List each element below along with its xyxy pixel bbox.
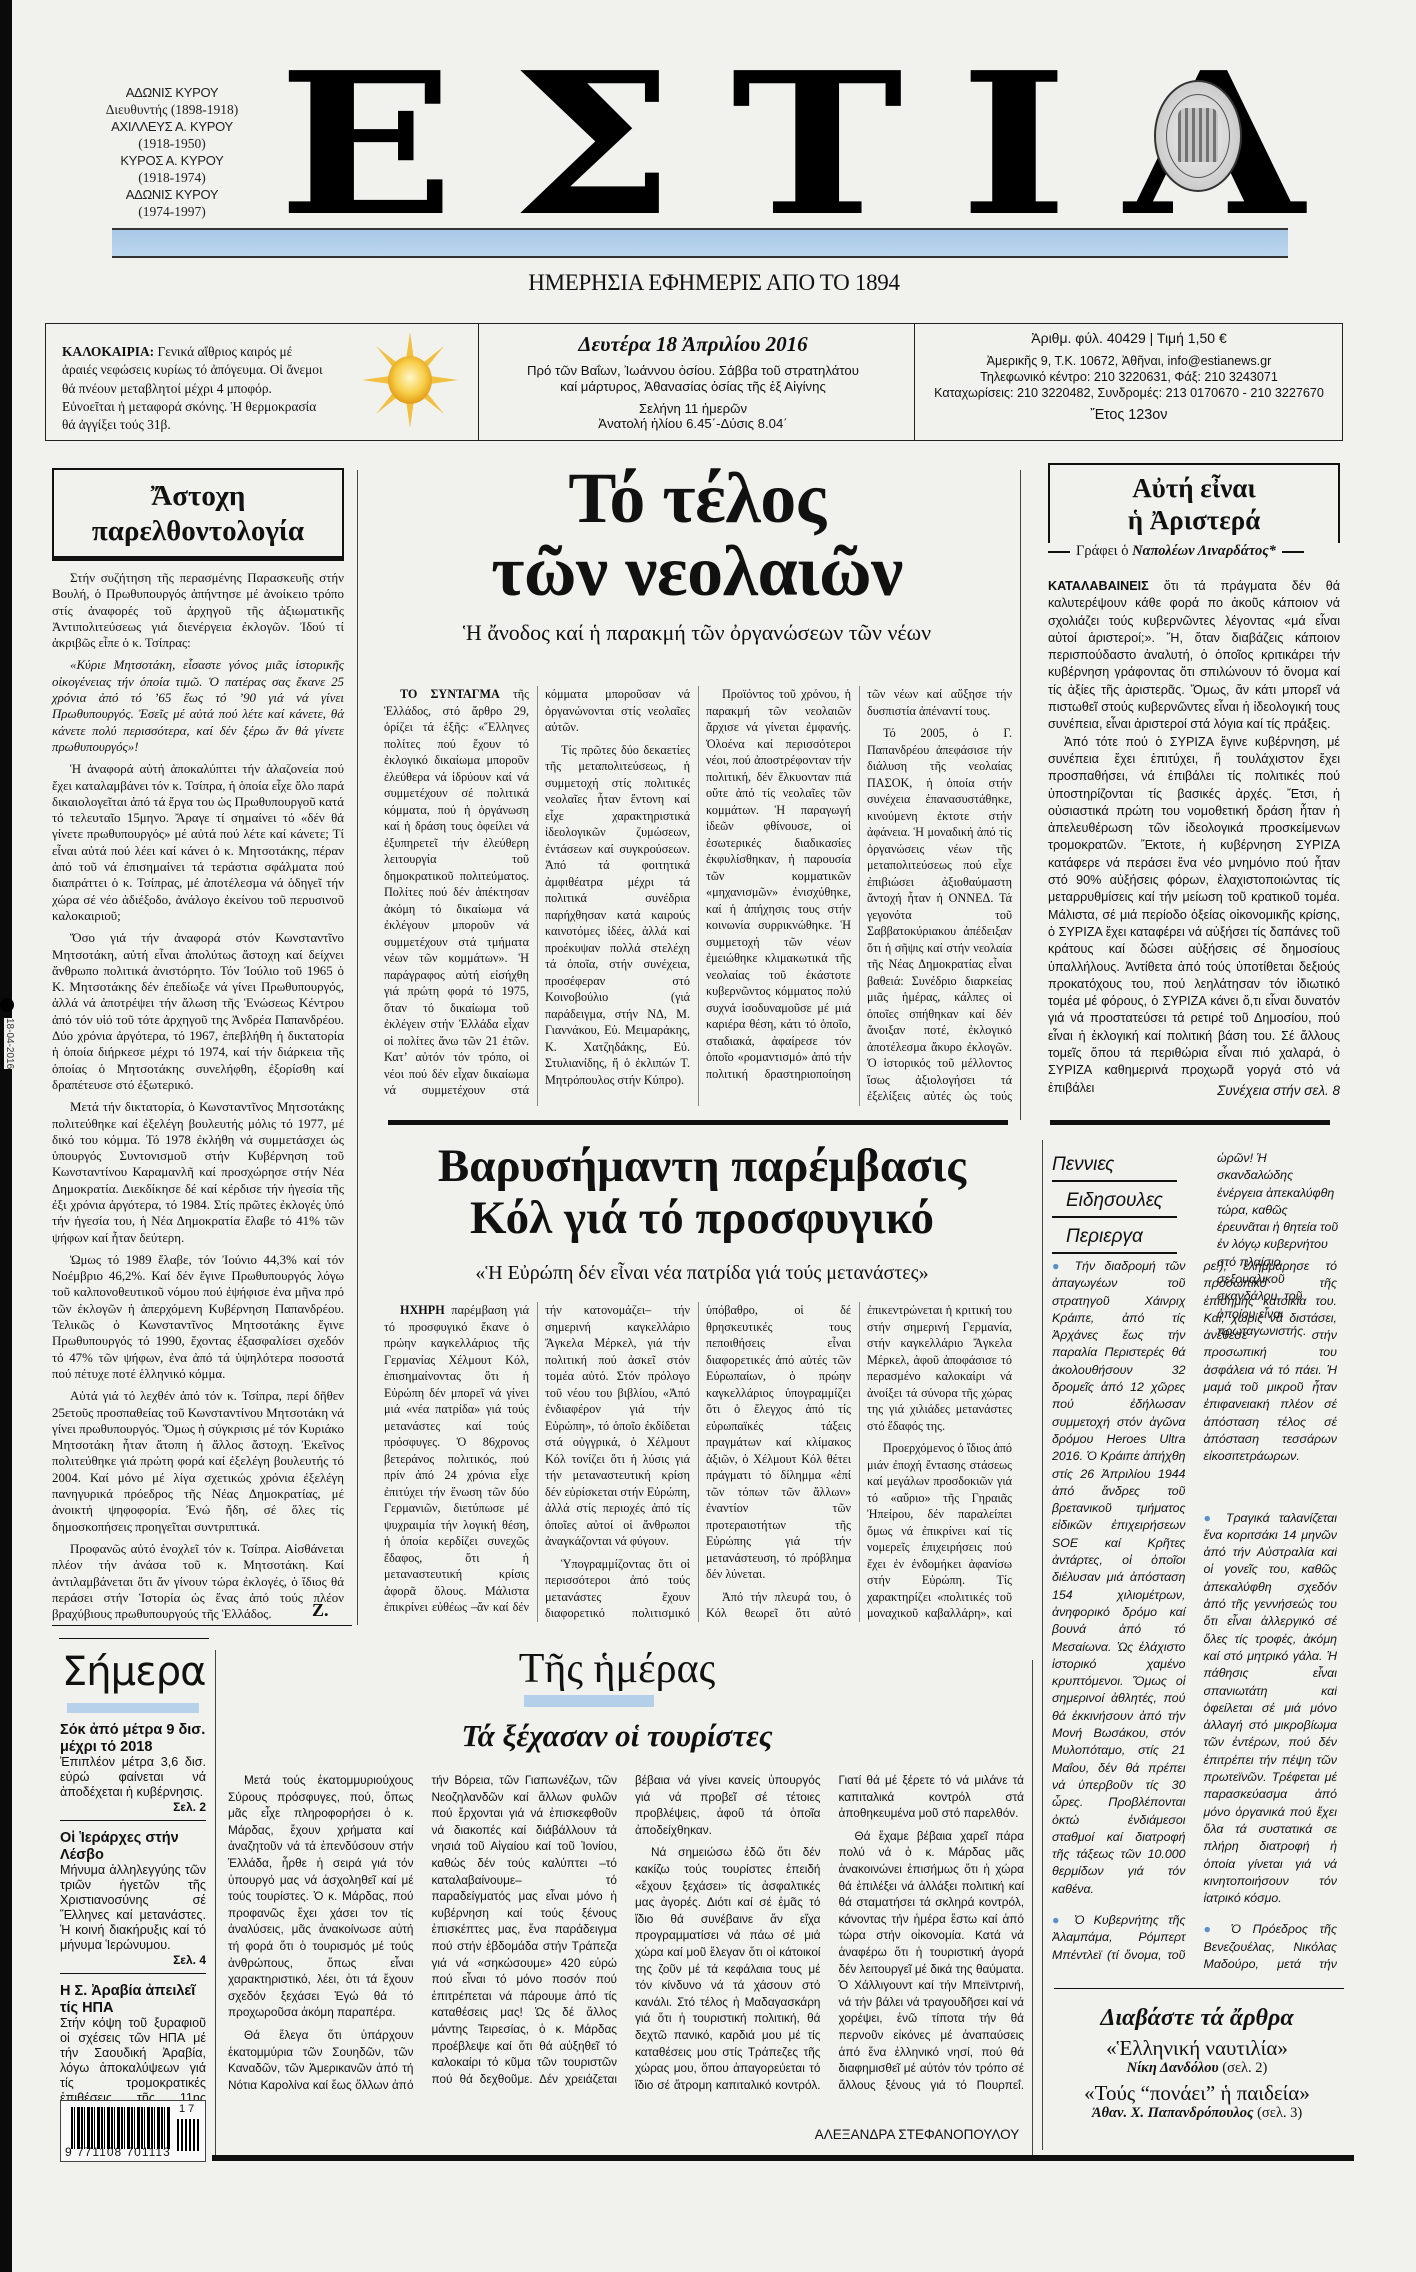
- today-item-body: Ἐπιπλέον μέτρα 3,6 δισ. εὐρώ φαίνεται νά…: [60, 1755, 206, 1800]
- today-item-page: Σελ. 4: [60, 1953, 206, 1967]
- paragraph: Ὅσο γιά τήν ἀναφορά στόν Κωνσταντῖνο Μητ…: [52, 930, 344, 1093]
- headline-line: Τό τέλος: [372, 462, 1022, 535]
- editorial-title: Ἄστοχη παρελθοντολογία: [54, 470, 342, 549]
- opinion-title: Αὐτή εἶναι ἡ Ἀριστερά: [1050, 465, 1338, 536]
- barcode-icon: 17 9 771108 701113: [60, 2100, 206, 2162]
- today-item-headline: Η Σ. Ἀραβία ἀπειλεῖ τίς ΗΠΑ: [60, 1983, 206, 2016]
- issue-number-price: Ἀριθμ. φύλ. 40429 | Τιμή 1,50 €: [914, 330, 1344, 346]
- sun-icon: [360, 330, 460, 430]
- newspaper-front-page: ΑΔΩΝΙΣ ΚΥΡΟΥ Διευθυντής (1898-1918) ΑΧΙΛ…: [12, 0, 1416, 2272]
- director-role: (1918-1950): [82, 135, 262, 152]
- paragraph: Μετά τήν δικτατορία, ὁ Κωνσταντῖνος Μητσ…: [52, 1099, 344, 1246]
- barcode-number: 9 771108 701113: [65, 2145, 171, 2159]
- today-title: Σήμερα: [62, 1650, 212, 1694]
- director-name: ΑΔΩΝΙΣ ΚΥΡΟΥ: [82, 186, 262, 203]
- quote-paragraph: «Κύριε Μητσοτάκη, εἶσαστε γόνος μιᾶς ἱστ…: [52, 657, 344, 755]
- article-link-byline: Ἀθαν. Χ. Παπανδρόπουλος (σελ. 3): [1042, 2105, 1352, 2122]
- today-items: Σόκ ἀπό μέτρα 9 δισ. μέχρι τό 2018 Ἐπιπλ…: [60, 1722, 206, 2150]
- opinion-author: Ναπολέων Λιναρδάτος*: [1132, 543, 1276, 560]
- column-body: Μετά τούς ἑκατομμυριούχους Σύρους πρόσφυ…: [228, 1772, 1024, 2102]
- brief-text: Τήν διαδρομή τῶν ἀπαγωγέων τοῦ στρατηγοῦ…: [1052, 1259, 1186, 1896]
- today-color-band: [67, 1703, 199, 1713]
- column-author: ΑΛΕΞΑΝΔΡΑ ΣΤΕΦΑΝΟΠΟΥΛΟΥ: [802, 2127, 1032, 2142]
- brief-item: ● Τήν διαδρομή τῶν ἀπαγωγέων τοῦ στρατηγ…: [1052, 1258, 1186, 1898]
- kicker: ΚΑΤΑΛΑΒΑΙΝΕΙΣ: [1048, 579, 1149, 593]
- pennies-heading: Πεννιες Ειδησουλες Περιεργα: [1052, 1150, 1177, 1258]
- paragraph: Αὐτά γιά τό λεχθέν ἀπό τόν κ. Τσίπρα, πε…: [52, 1388, 344, 1535]
- paragraph: Ἡ ἀναφορά αὐτή ἀποκαλύπτει τήν ἀλαζονεία…: [52, 761, 344, 924]
- director-name: ΑΔΩΝΙΣ ΚΥΡΟΥ: [82, 84, 262, 101]
- lead-subheadline: Ἡ ἄνοδος καί ἡ παρακμή τῶν ὀργανώσεων τῶ…: [372, 620, 1022, 646]
- bullet-icon: ●: [1052, 1259, 1065, 1273]
- heading-line: Πεννιες: [1052, 1150, 1177, 1182]
- pennies-items: ● Τήν διαδρομή τῶν ἀπαγωγέων τοῦ στρατηγ…: [1052, 1258, 1337, 1978]
- headline-line: Κόλ γιά τό προσφυγικό: [372, 1192, 1032, 1244]
- publication-year: Ἔτος 123ον: [914, 407, 1344, 423]
- lead-article-body: ΤΟ ΣΥΝΤΑΓΜΑ τῆς Ἑλλάδος, στό ἄρθρο 29, ὁ…: [384, 686, 1012, 1106]
- issue-date: Δευτέρα 18 Ἀπριλίου 2016: [478, 332, 908, 357]
- masthead-tagline: ΗΜΕΡΗΣΙΑ ΕΦΗΜΕΡΙΣ ΑΠΟ ΤΟ 1894: [12, 270, 1416, 296]
- today-item-page: Σελ. 2: [60, 1800, 206, 1814]
- bullet-icon: ●: [1052, 1913, 1065, 1927]
- athena-seal-icon: [1154, 80, 1242, 192]
- divider: [52, 558, 344, 561]
- saints-line: καί μάρτυρος, Ἀθανασίας ὁσίας τῆς ἐξ Αἰγ…: [478, 379, 908, 395]
- phone-numbers: Τηλεφωνικό κέντρο: 210 3220631, Φάξ: 210…: [914, 369, 1344, 385]
- section-divider: [212, 2155, 1354, 2161]
- opinion-title-box: Αὐτή εἶναι ἡ Ἀριστερά: [1048, 463, 1340, 543]
- brief-item: ● Τραγικά ταλανίζεται ἕνα κοριτσάκι 14 μ…: [1204, 1510, 1338, 1908]
- section-divider: [388, 1120, 1008, 1125]
- headline-line: τῶν νεολαιῶν: [372, 535, 1022, 608]
- paragraph: Τίς πρῶτες δύο δεκαετίες τῆς μεταπολιτεύ…: [545, 742, 690, 1089]
- today-item[interactable]: Σόκ ἀπό μέτρα 9 δισ. μέχρι τό 2018 Ἐπιπλ…: [60, 1722, 206, 1821]
- headline-line: Βαρυσήμαντη παρέμβασις: [372, 1140, 1032, 1192]
- column-rule: [1042, 1140, 1043, 2150]
- article-author: Νίκη Δανδόλου: [1127, 2060, 1219, 2076]
- director-role: (1974-1997): [82, 203, 262, 220]
- opinion-title-line: Αὐτή εἶναι: [1050, 472, 1338, 504]
- brief-text: Τραγικά ταλανίζεται ἕνα κοριτσάκι 14 μην…: [1204, 1511, 1338, 1906]
- bullet-icon: ●: [1204, 1511, 1217, 1525]
- weather-forecast: ΚΑΛΟΚΑΙΡΙΑ: Γενικά αἴθριος καιρός μέ ἀρα…: [62, 343, 327, 434]
- kicker: ΗΧΗΡΗ: [400, 1303, 445, 1317]
- heading-line: Ειδησουλες: [1052, 1186, 1177, 1218]
- today-item-headline: Σόκ ἀπό μέτρα 9 δισ. μέχρι τό 2018: [60, 1722, 206, 1755]
- scan-edge-marker: 18-04-2016: [0, 990, 14, 1110]
- moon-phase: Σελήνη 11 ἡμερῶν: [478, 401, 908, 416]
- lead-headline: Τό τέλος τῶν νεολαιῶν: [372, 462, 1022, 608]
- address: Ἀμερικῆς 9, Τ.Κ. 10672, Ἀθῆναι, info@est…: [914, 353, 1344, 369]
- opinion-body: ΚΑΤΑΛΑΒΑΙΝΕΙΣ ὅτι τά πράγματα δέν θά καλ…: [1048, 578, 1340, 1097]
- editorial-signature: Ζ.: [312, 1600, 329, 1621]
- editorial-title-line: Ἄστοχη: [54, 479, 342, 514]
- paragraph: Στήν συζήτηση τῆς περασμένης Παρασκευῆς …: [52, 570, 344, 651]
- director-name: ΚΥΡΟΣ Α. ΚΥΡΟΥ: [82, 152, 262, 169]
- read-articles-box: Διαβάστε τά ἄρθρα «Ἑλληνική ναυτιλία» Νί…: [1042, 2005, 1352, 2126]
- today-item-headline: Οἱ Ἱεράρχες στήν Λέσβο: [60, 1830, 206, 1863]
- date-box: Δευτέρα 18 Ἀπριλίου 2016 Πρό τῶν Βαΐων, …: [478, 332, 908, 431]
- paragraph: Ἀπό τότε πού ὁ ΣΥΡΙΖΑ ἔγινε κυβέρνηση, μ…: [1048, 734, 1340, 1097]
- weather-label: ΚΑΛΟΚΑΙΡΙΑ:: [62, 344, 154, 359]
- saints-of-day: Πρό τῶν Βαΐων, Ἰωάννου ὁσίου. Σάββα τοῦ …: [478, 363, 908, 395]
- editorial-title-line: παρελθοντολογία: [54, 514, 342, 549]
- heading-line: Περιεργα: [1052, 1222, 1177, 1254]
- divider: [59, 1638, 209, 1639]
- paragraph: ΚΑΤΑΛΑΒΑΙΝΕΙΣ ὅτι τά πράγματα δέν θά καλ…: [1048, 578, 1340, 734]
- article-author: Ἀθαν. Χ. Παπανδρόπουλος: [1092, 2105, 1254, 2121]
- divider: [52, 1625, 352, 1626]
- second-subheadline: «Ἡ Εὐρώπη δέν εἶναι νέα πατρίδα γιά τούς…: [372, 1262, 1032, 1285]
- bullet-icon: ●: [1204, 1922, 1220, 1936]
- sunrise-sunset: Ἀνατολή ἡλίου 6.45΄-Δύσις 8.04΄: [478, 416, 908, 431]
- second-article-body: ΗΧΗΡΗ παρέμβαση γιά τό προσφυγικό ἔκανε …: [384, 1302, 1012, 1622]
- saints-line: Πρό τῶν Βαΐων, Ἰωάννου ὁσίου. Σάββα τοῦ …: [478, 363, 908, 379]
- byline-prefix: Γράφει ὁ: [1076, 543, 1128, 560]
- classifieds-subscriptions: Καταχωρίσεις: 210 3220482, Συνδρομές: 21…: [914, 385, 1344, 401]
- second-headline: Βαρυσήμαντη παρέμβασις Κόλ γιά τό προσφυ…: [372, 1140, 1032, 1244]
- column-headline: Τά ξέχασαν οἱ τουρίστες: [212, 1718, 1022, 1754]
- section-color-band: [524, 1695, 654, 1707]
- publication-info: Ἀριθμ. φύλ. 40429 | Τιμή 1,50 € Ἀμερικῆς…: [914, 330, 1344, 423]
- moon-sun-times: Σελήνη 11 ἡμερῶν Ἀνατολή ἡλίου 6.45΄-Δύσ…: [478, 401, 908, 431]
- masthead-color-band: [112, 228, 1288, 258]
- newspaper-logo: ΕΣΤΙΑ: [278, 65, 1293, 225]
- director-name: ΑΧΙΛΛΕΥΣ Α. ΚΥΡΟΥ: [82, 118, 262, 135]
- barcode-addon: 17: [179, 2103, 197, 2115]
- opinion-byline: Γράφει ὁ Ναπολέων Λιναρδάτος*: [1048, 543, 1340, 560]
- read-articles-heading: Διαβάστε τά ἄρθρα: [1042, 2005, 1352, 2032]
- kicker: ΤΟ ΣΥΝΤΑΓΜΑ: [400, 687, 500, 701]
- continued-link[interactable]: Συνέχεια στήν σελ. 8: [1048, 1083, 1340, 1098]
- paragraph: Μετά τούς ἑκατομμυριούχους Σύρους πρόσφυ…: [228, 1772, 414, 2021]
- paragraph: Τό 2005, ὁ Γ. Παπανδρέου ἀπεφάσισε τήν δ…: [867, 686, 1012, 1106]
- section-divider: [1050, 1120, 1330, 1125]
- opinion-title-line: ἡ Ἀριστερά: [1050, 504, 1338, 536]
- editorial-title-box: Ἄστοχη παρελθοντολογία: [52, 468, 344, 558]
- paragraph: Προφανῶς αὐτό ἐνοχλεῖ τόν κ. Τσίπρα. Αἰσ…: [52, 1541, 344, 1622]
- today-item-body: Μήνυμα ἀλληλεγγύης τῶν τριῶν ἡγετῶν τῆς …: [60, 1863, 206, 1953]
- paragraph-text: ὅτι τά πράγματα δέν θά καλυτερέψουν κάθε…: [1048, 579, 1340, 731]
- director-role: (1918-1974): [82, 169, 262, 186]
- editorial-body: Στήν συζήτηση τῆς περασμένης Παρασκευῆς …: [52, 570, 344, 1628]
- director-role: Διευθυντής (1898-1918): [82, 101, 262, 118]
- column-rule: [357, 470, 358, 1625]
- article-page: (σελ. 2): [1222, 2060, 1267, 2076]
- article-link-title[interactable]: «Τούς “πονάει” ἡ παιδεία»: [1042, 2081, 1352, 2105]
- article-page: (σελ. 3): [1257, 2105, 1302, 2121]
- today-item[interactable]: Οἱ Ἱεράρχες στήν Λέσβο Μήνυμα ἀλληλεγγύη…: [60, 1830, 206, 1974]
- founders-list: ΑΔΩΝΙΣ ΚΥΡΟΥ Διευθυντής (1898-1918) ΑΧΙΛ…: [82, 84, 262, 220]
- article-link-title[interactable]: «Ἑλληνική ναυτιλία»: [1042, 2036, 1352, 2060]
- column-rule: [1032, 1660, 1033, 2160]
- column-section-title: Τῆς ἡμέρας: [212, 1645, 1022, 1693]
- paragraph: Ὡμως τό 1989 ἔλαβε, τόν Ἰούνιο 44,3% καί…: [52, 1252, 344, 1382]
- scan-date-label: 18-04-2016: [4, 1018, 15, 1069]
- scan-dot-icon: [0, 998, 14, 1012]
- divider: [1054, 1988, 1344, 1989]
- article-link-byline: Νίκη Δανδόλου (σελ. 2): [1042, 2060, 1352, 2077]
